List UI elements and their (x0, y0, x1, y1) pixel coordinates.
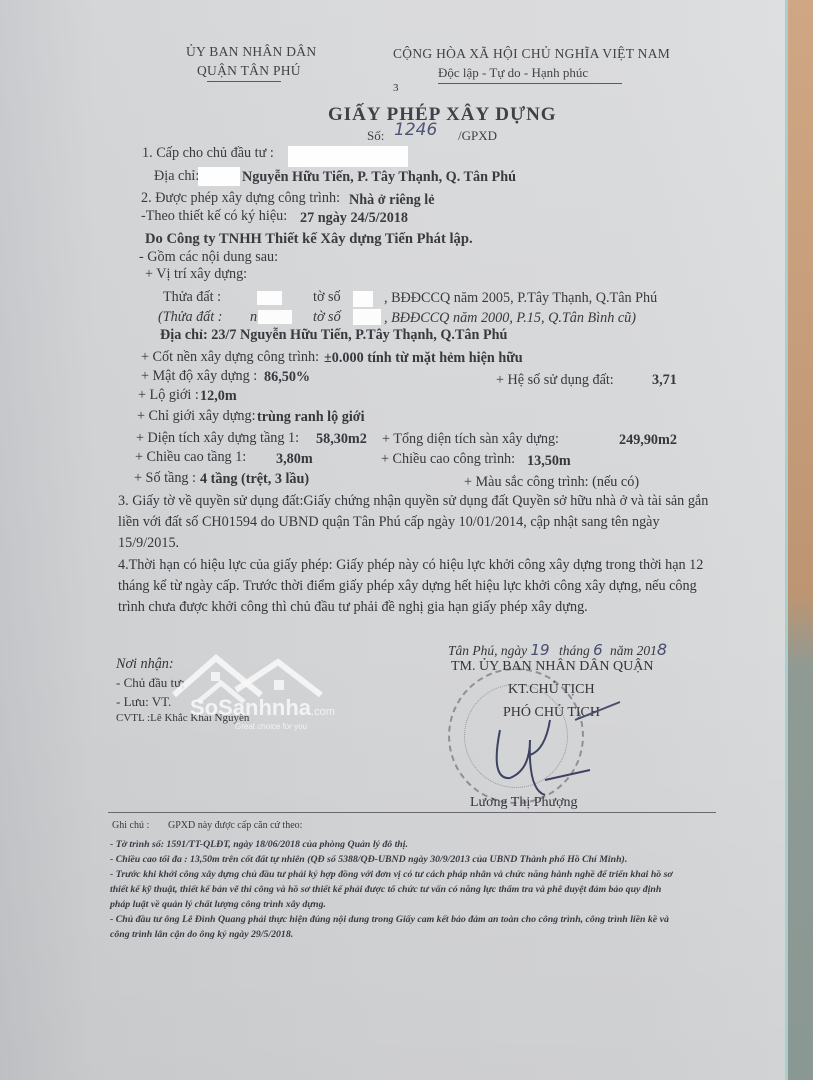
validity-section: 4.Thời hạn có hiệu lực của giấy phép: Gi… (118, 555, 718, 618)
nation-name: CỘNG HÒA XÃ HỘI CHỦ NGHĨA VIỆT NAM (393, 46, 670, 62)
ground-floor-height-value: 3,80m (276, 451, 313, 468)
month-label: tháng (559, 643, 590, 658)
wooden-table-background (785, 0, 813, 1080)
sign-month: 6 (593, 641, 603, 659)
place-date: Tân Phú, ngày 19 tháng 6 năm 2018 (448, 640, 667, 659)
nation-motto: Độc lập - Tự do - Hạnh phúc (438, 65, 588, 81)
land-use-ratio-label: + Hệ số sử dụng đất: (496, 372, 614, 389)
location-label: + Vị trí xây dựng: (145, 266, 247, 283)
road-boundary-value: 12,0m (200, 388, 237, 405)
motto-underline (438, 83, 622, 84)
site-address: Địa chỉ: 23/7 Nguyễn Hữu Tiến, P.Tây Thạ… (160, 327, 507, 344)
sign-year-digit: 8 (657, 640, 667, 659)
build-line-label: + Chỉ giới xây dựng: (137, 408, 256, 425)
old-parcel-sheet-redaction (353, 309, 381, 325)
old-parcel-label: (Thửa đất : (158, 309, 223, 326)
year-label: năm 201 (610, 643, 657, 658)
note-line-1: - Tờ trình số: 1591/TT-QLĐT, ngày 18/06/… (110, 839, 408, 850)
total-floor-area-label: + Tổng diện tích sàn xây dựng: (382, 431, 559, 448)
notes-intro: GPXD này được cấp căn cứ theo: (168, 820, 302, 831)
note-line-2: - Chiều cao tối đa : 13,50m trên cốt đất… (110, 854, 627, 865)
permit-document: ỦY BAN NHÂN DÂN QUẬN TÂN PHÚ CỘNG HÒA XÃ… (0, 0, 788, 1080)
watermark-tagline: Great choice for you (235, 722, 307, 731)
note-line-3: - Trước khi khởi công xây dựng chủ đầu t… (110, 869, 673, 880)
signer-name: Lương Thị Phượng (470, 795, 578, 811)
owner-label: 1. Cấp cho chủ đầu tư : (142, 145, 274, 162)
watermark-brand-name: SoSanhnha (190, 695, 311, 720)
handwritten-signature-icon (470, 700, 630, 800)
building-density-value: 86,50% (264, 369, 310, 386)
owner-address-redaction (198, 167, 240, 186)
permit-number-handwritten: 1246 (394, 120, 437, 140)
building-color-label: + Màu sắc công trình: (nếu có) (464, 474, 639, 491)
page-mark: 3 (393, 82, 399, 94)
note-line-7: công trình lân cận do ông ký ngày 29/5/2… (110, 929, 293, 940)
agency-name: ỦY BAN NHÂN DÂN (186, 44, 316, 60)
permit-number-label: Số: (367, 128, 384, 144)
building-density-label: + Mật độ xây dựng : (141, 368, 257, 385)
note-line-5: pháp luật về quản lý chất lượng công trì… (110, 899, 326, 910)
document-title: GIẤY PHÉP XÂY DỰNG (328, 104, 557, 126)
road-boundary-label: + Lộ giới : (138, 387, 199, 404)
parcel-sheet-label: tờ số (313, 289, 341, 306)
notes-label: Ghi chú : (112, 820, 149, 831)
old-parcel-sheet-label: tờ số (313, 309, 341, 326)
owner-name-redaction (288, 146, 408, 167)
owner-address-label: Địa chỉ: (154, 168, 199, 185)
design-company: Do Công ty TNHH Thiết kế Xây dựng Tiến P… (145, 231, 473, 248)
parcel-number-redaction (257, 291, 282, 305)
contents-label: - Gồm các nội dung sau: (139, 249, 278, 266)
signature-title-1: KT.CHỦ TỊCH (508, 682, 595, 698)
ground-floor-area-value: 58,30m2 (316, 431, 367, 448)
design-code-label: -Theo thiết kế có ký hiệu: (141, 208, 287, 225)
watermark-domain: .com (311, 706, 335, 718)
ground-floor-height-label: + Chiều cao tầng 1: (135, 449, 246, 466)
note-line-4: thiết kế kỹ thuật, thiết kế bản vẽ thi c… (110, 884, 661, 895)
recipient-archive: - Lưu: VT. (116, 694, 171, 710)
permit-number-suffix: /GPXD (458, 128, 497, 144)
floor-count-value: 4 tầng (trệt, 3 lầu) (200, 471, 309, 488)
owner-address-value: Nguyễn Hữu Tiến, P. Tây Thạnh, Q. Tân Ph… (242, 169, 516, 186)
parcel-details: , BĐĐCCQ năm 2005, P.Tây Thạnh, Q.Tân Ph… (384, 290, 657, 307)
old-parcel-details: , BĐĐCCQ năm 2000, P.15, Q.Tân Bình cũ) (384, 310, 636, 327)
place-date-prefix: Tân Phú, ngày (448, 643, 527, 658)
watermark-brand: SoSanhnha.com (190, 695, 335, 721)
agency-underline (207, 81, 281, 82)
total-floor-area-value: 249,90m2 (619, 432, 677, 449)
design-code-value: 27 ngày 24/5/2018 (300, 210, 408, 227)
floor-count-label: + Số tầng : (134, 470, 196, 487)
land-use-ratio-value: 3,71 (652, 372, 677, 389)
land-use-rights-section: 3. Giấy tờ về quyền sử dụng đất:Giấy chứ… (118, 491, 718, 554)
building-height-label: + Chiều cao công trình: (381, 451, 515, 468)
construction-type-label: 2. Được phép xây dựng công trình: (141, 190, 340, 207)
ground-floor-area-label: + Diện tích xây dựng tầng 1: (136, 430, 299, 447)
signature-authority: TM. ỦY BAN NHÂN DÂN QUẬN (451, 659, 653, 675)
foundation-level-value: ±0.000 tính từ mặt hẻm hiện hữu (324, 350, 523, 367)
old-parcel-prefix: n (250, 309, 257, 326)
build-line-value: trùng ranh lộ giới (257, 409, 365, 426)
parcel-sheet-redaction (353, 291, 373, 307)
foundation-level-label: + Cốt nền xây dựng công trình: (141, 349, 319, 366)
construction-type-value: Nhà ở riêng lẻ (349, 192, 435, 209)
old-parcel-number-redaction (258, 310, 292, 324)
parcel-label: Thửa đất : (163, 289, 221, 306)
sign-day: 19 (531, 641, 550, 659)
recipients-label: Nơi nhận: (116, 656, 174, 673)
building-height-value: 13,50m (527, 453, 571, 470)
note-line-6: - Chủ đầu tư ông Lê Đình Quang phải thực… (110, 914, 669, 925)
notes-divider (108, 812, 716, 813)
agency-district: QUẬN TÂN PHÚ (197, 63, 301, 79)
